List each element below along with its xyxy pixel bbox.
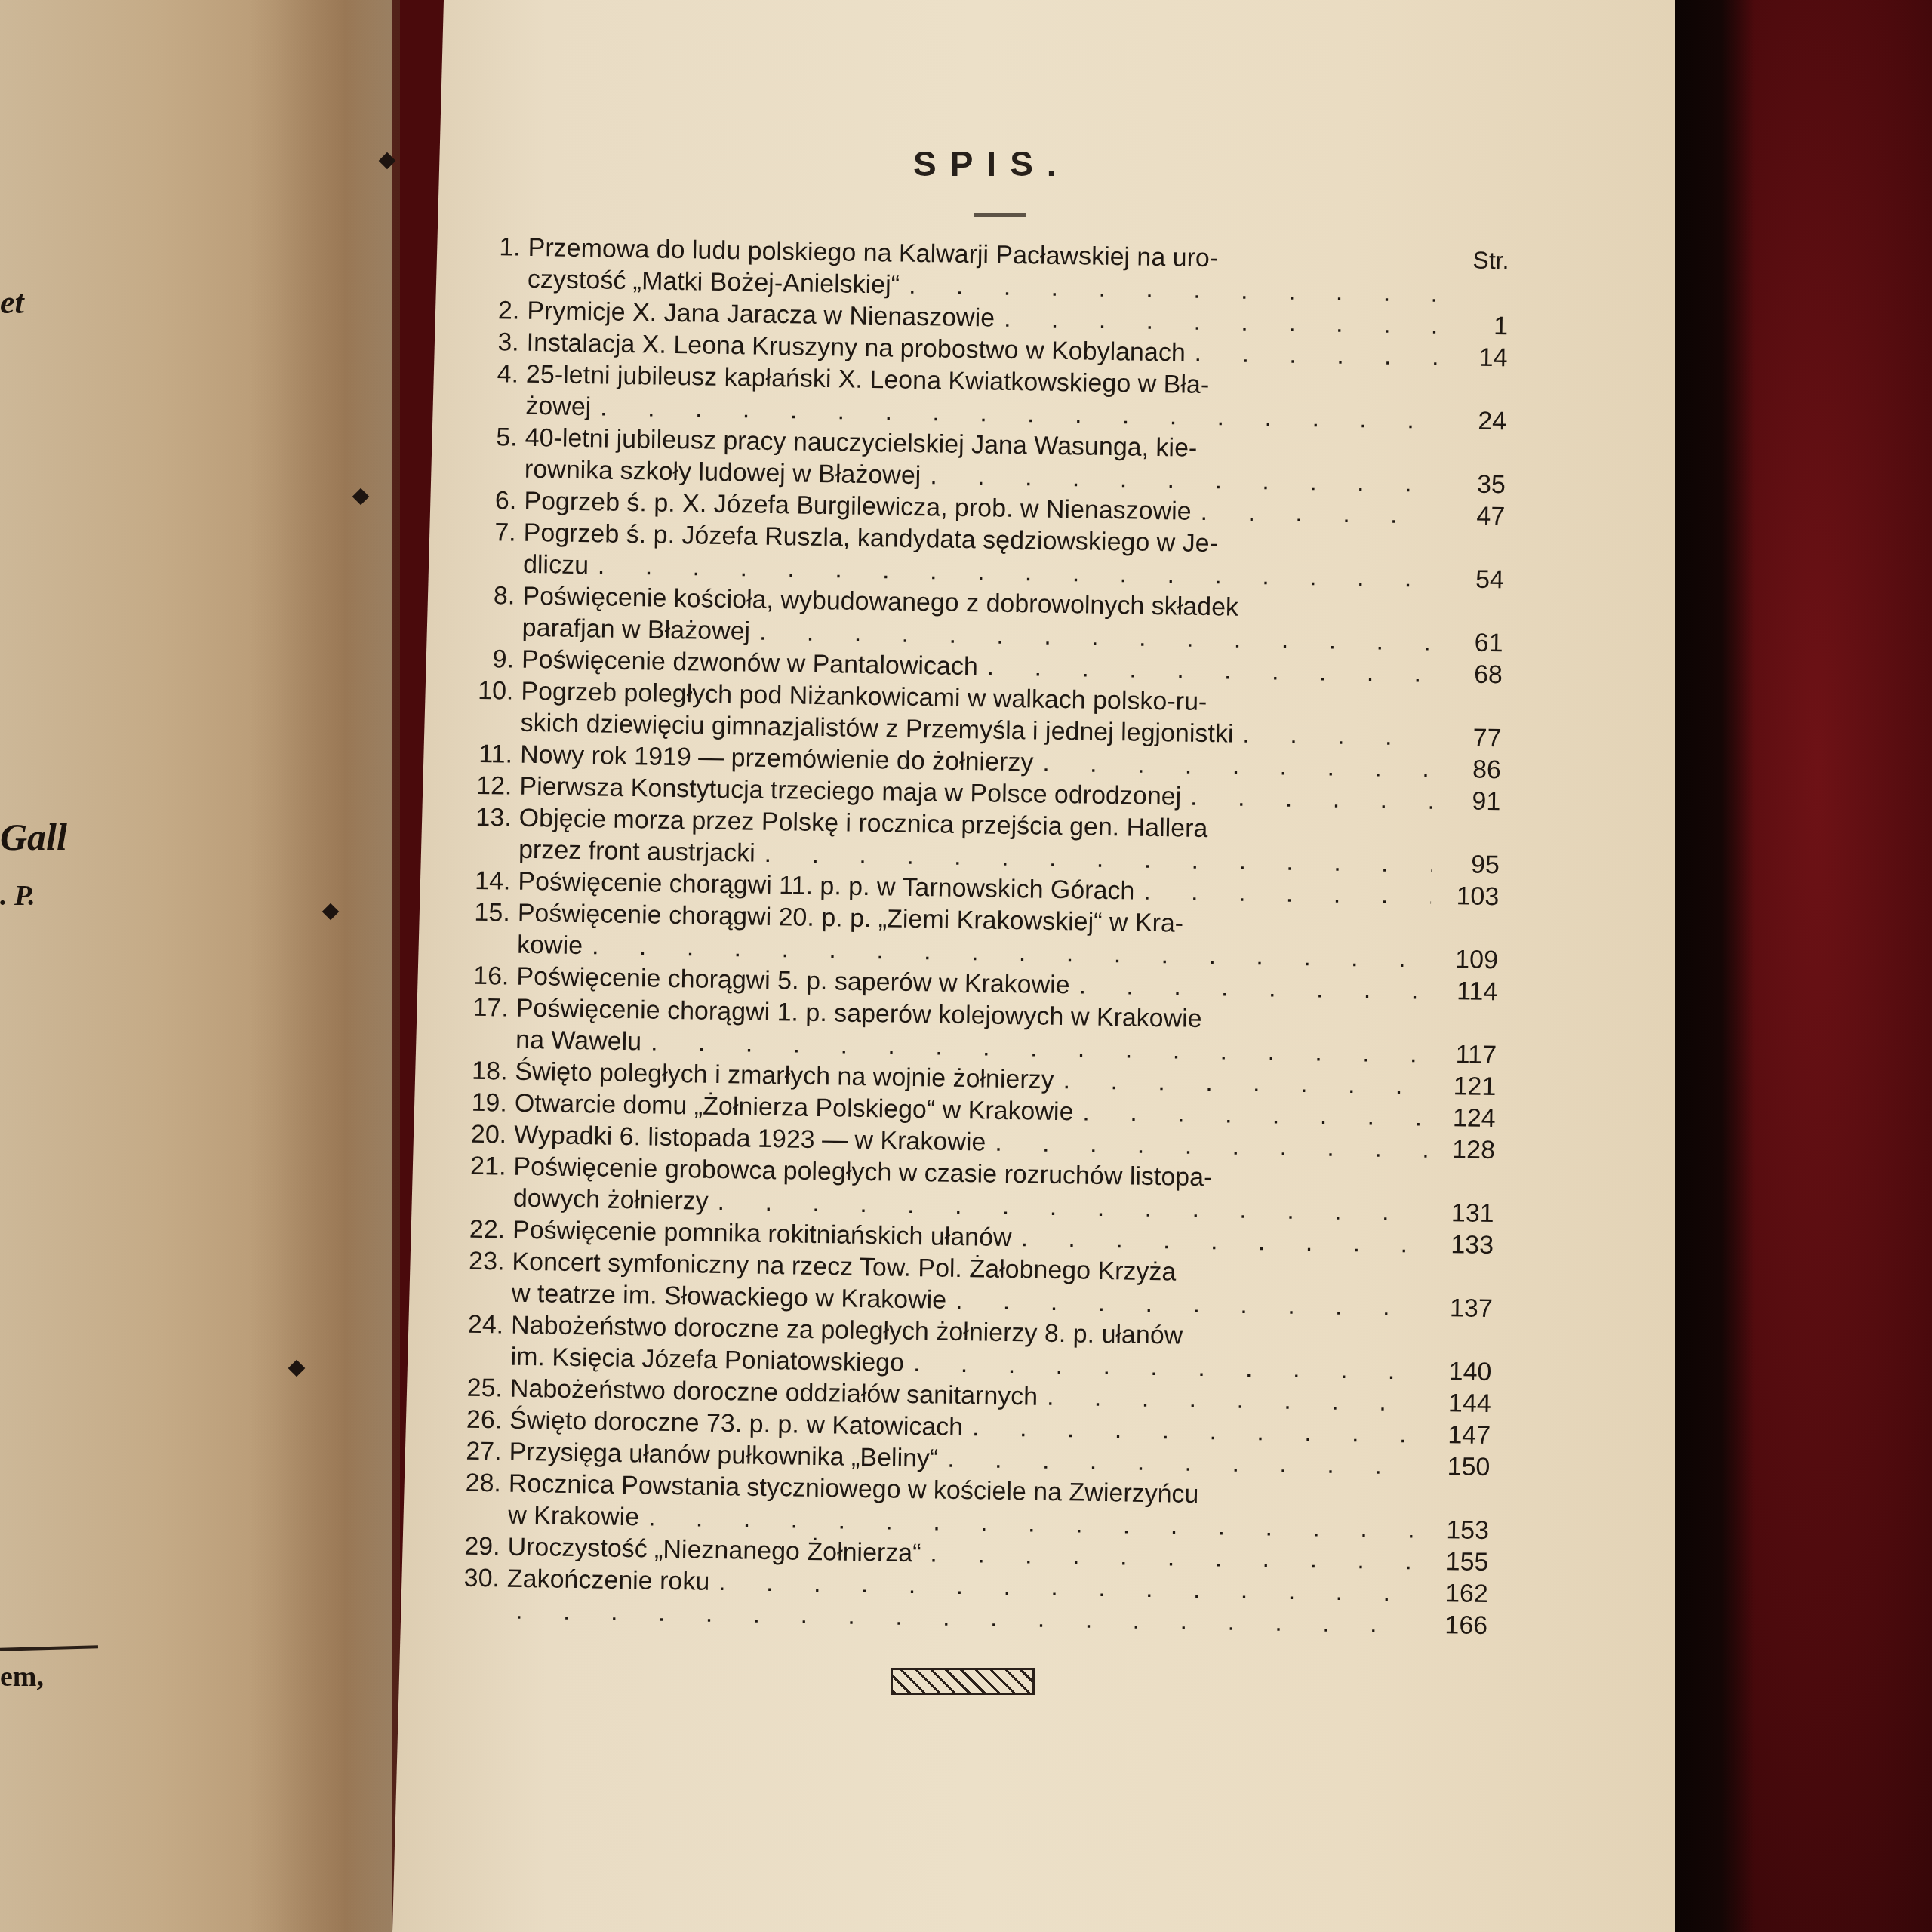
- book-gutter: [249, 0, 400, 1932]
- entry-number: 6.: [433, 484, 525, 517]
- entry-title-text: żowej: [525, 390, 592, 423]
- entry-title-text: dowych żołnierzy: [513, 1183, 709, 1217]
- entry-page-number: 47: [1437, 500, 1506, 532]
- entry-page-number: 150: [1422, 1451, 1491, 1483]
- left-page-fragment: . P.: [0, 879, 35, 912]
- entry-number: 5.: [434, 420, 525, 454]
- entry-number: 23.: [421, 1244, 512, 1278]
- entry-page-number: 144: [1423, 1387, 1491, 1420]
- leader-dots: . . . . . . . . . . . . . . . . . . . . …: [1082, 1097, 1428, 1134]
- entry-number: 20.: [423, 1118, 515, 1151]
- entry-page-number: 133: [1426, 1229, 1494, 1261]
- entry-page-number: 24: [1438, 405, 1507, 437]
- entry-number: 22.: [422, 1213, 513, 1246]
- entry-number: 18.: [424, 1054, 515, 1088]
- entry-title-text: w Krakowie: [508, 1500, 639, 1534]
- entry-page-number: 91: [1432, 785, 1501, 817]
- entry-page-number: 121: [1428, 1070, 1497, 1103]
- entry-page-number: 61: [1435, 626, 1503, 659]
- entry-number: 9.: [431, 642, 522, 675]
- entry-page-number: 131: [1426, 1197, 1494, 1229]
- entry-number: 30.: [417, 1561, 508, 1595]
- entry-page-number: 68: [1435, 658, 1503, 691]
- entry-number: 1.: [437, 230, 528, 263]
- entry-title-text: Zakończenie roku: [507, 1563, 710, 1598]
- entry-page-number: 95: [1432, 848, 1500, 881]
- entry-number: 29.: [417, 1530, 508, 1563]
- page-title: SPIS.: [913, 143, 1070, 184]
- entry-number: 11.: [429, 737, 521, 771]
- entry-number: 2.: [436, 294, 528, 327]
- entry-page-number: 86: [1433, 753, 1502, 786]
- entry-page-number: 54: [1436, 563, 1505, 595]
- entry-number: 7.: [432, 515, 524, 549]
- end-ornament-icon: [891, 1668, 1035, 1695]
- title-rule: [974, 213, 1026, 217]
- entry-title-text: parafjan w Błażowej: [521, 612, 750, 648]
- entry-page-number: 109: [1430, 943, 1499, 976]
- leader-dots: . . . . . . . . . . . . . . . . . . . . …: [1242, 718, 1434, 753]
- entry-number: 24.: [420, 1308, 512, 1341]
- entry-page-number: 162: [1420, 1577, 1488, 1610]
- entry-number: 16.: [426, 959, 517, 992]
- entry-number: 25.: [420, 1371, 511, 1404]
- book-edge-shadow: [1672, 0, 1755, 1932]
- entry-number: 28.: [418, 1466, 509, 1500]
- entry-page-number: 137: [1424, 1292, 1493, 1324]
- entry-title-text: kowie: [517, 929, 583, 961]
- entry-page-number: 14: [1439, 341, 1508, 374]
- leader-dots: . . . . . . . . . . . . . . . . . . . . …: [1143, 875, 1432, 912]
- entry-page-number: 140: [1423, 1355, 1492, 1388]
- entry-page-number: 1: [1440, 309, 1509, 342]
- leader-dots: . . . . . . . . . . . . . . . . . . . . …: [1078, 969, 1429, 1006]
- entry-number: 3.: [435, 325, 527, 358]
- left-page-fragment: Gall: [0, 815, 67, 859]
- entry-number: 14.: [427, 864, 518, 897]
- entry-page-number: 35: [1438, 468, 1506, 500]
- leader-dots: . . . . . . . . . . . . . . . . . . . . …: [1194, 337, 1439, 373]
- entry-number: 17.: [426, 991, 517, 1024]
- leader-dots: . . . . . . . . . . . . . . . . . . . . …: [1200, 496, 1437, 531]
- entry-page-number: 117: [1429, 1038, 1497, 1071]
- entry-number: 15.: [426, 896, 518, 929]
- entry-number: 27.: [418, 1435, 509, 1468]
- toc-list: 1.Przemowa do ludu polskiego na Kalwarji…: [416, 230, 1509, 1641]
- entry-number: 4.: [435, 357, 527, 390]
- entry-page-number: 147: [1423, 1419, 1491, 1451]
- entry-page-number: 155: [1420, 1546, 1489, 1578]
- entry-title-text: dliczu: [523, 549, 589, 581]
- entry-number: 12.: [429, 769, 520, 802]
- entry-page-number: 77: [1433, 721, 1502, 754]
- entry-page-number: 153: [1421, 1514, 1490, 1546]
- left-page-fragment: em,: [0, 1660, 44, 1694]
- entry-number: 8.: [432, 579, 523, 612]
- entry-number: 26.: [419, 1403, 510, 1436]
- leader-dots: . . . . . . . . . . . . . . . . . . . . …: [1190, 781, 1433, 817]
- entry-number: 19.: [424, 1086, 515, 1119]
- table-of-contents: Str. 1.Przemowa do ludu polskiego na Kal…: [416, 230, 1509, 1641]
- entry-page-number: 124: [1427, 1102, 1496, 1134]
- entry-page-number: 166: [1420, 1609, 1488, 1641]
- left-page-fragment: et: [0, 283, 24, 321]
- entry-number: 10.: [430, 674, 521, 707]
- entry-title-text: na Wawelu: [515, 1024, 642, 1058]
- entry-number: 21.: [423, 1149, 514, 1183]
- entry-page-number: 128: [1427, 1134, 1496, 1166]
- entry-page-number: 103: [1431, 880, 1500, 912]
- entry-title-text: przez front austrjacki: [518, 834, 755, 869]
- page-column-header: Str.: [1472, 247, 1509, 275]
- entry-page-number: 114: [1429, 975, 1498, 1008]
- entry-number: 13.: [428, 801, 519, 834]
